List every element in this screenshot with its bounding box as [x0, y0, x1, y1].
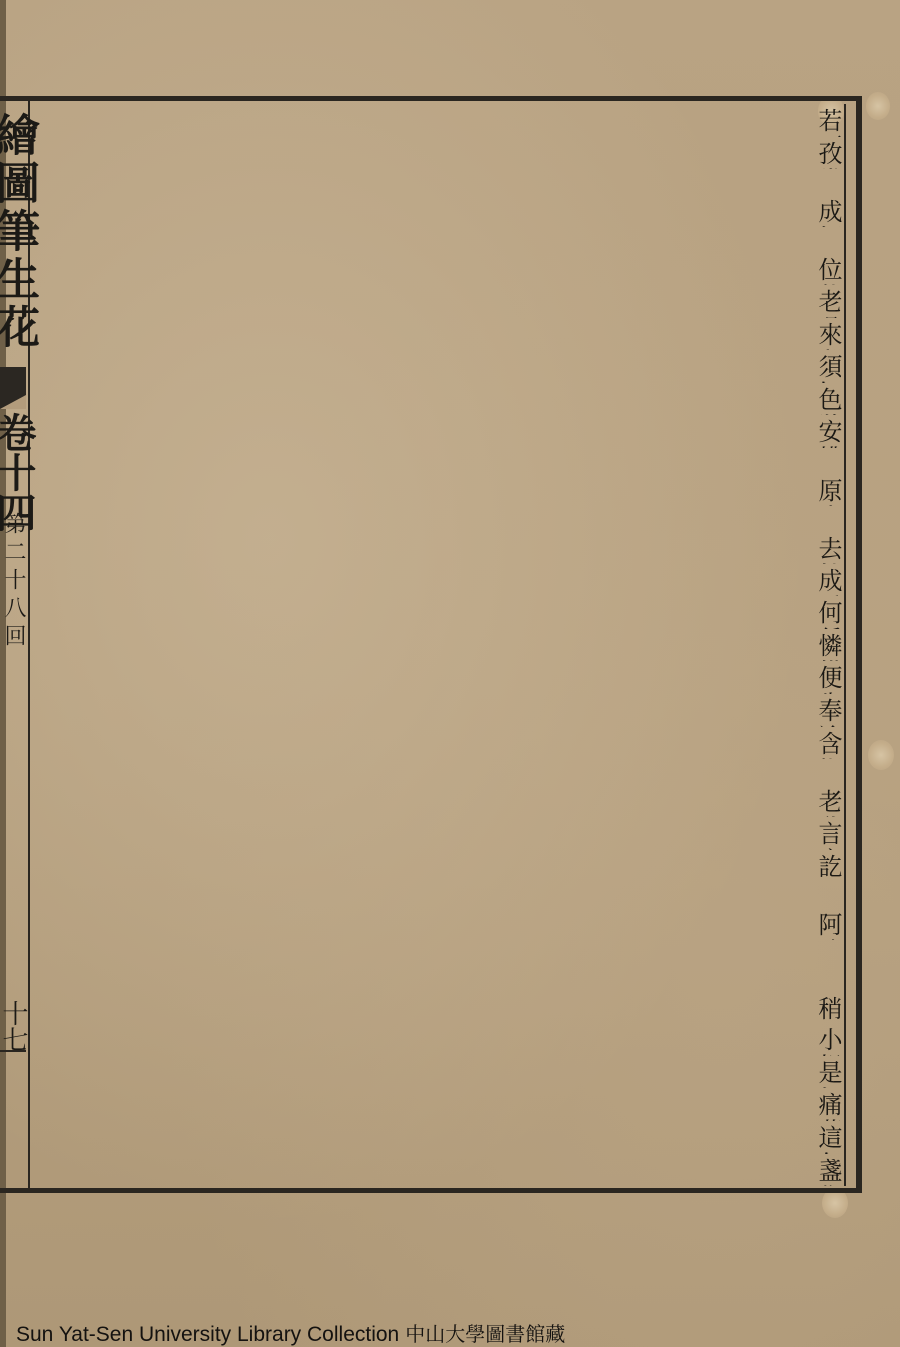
text-column: 何恁惡疾一盞湯兒煎未好家中死絶少人臨教誰端取前來用老爺你餓壞須防病更增一壁言時推…	[813, 596, 842, 629]
page-border-inner-line	[844, 104, 846, 1186]
text-column: 來翻怨我早難道奴該釘在此中堂伴君病體同君坐可能教等你亡時共你亡成氏方纔言到此刁婆…	[813, 318, 842, 351]
paper-damage-spot	[866, 92, 890, 120]
text-column: 訖回身退去坐中堂屏聲斂息聽呼喚默默無言對粉牆坐下為時方片刻忽聽那公公身唤在牙床	[813, 850, 842, 883]
fish-tail-notch	[0, 395, 26, 409]
caption-chinese: 中山大學圖書館藏	[405, 1322, 565, 1346]
text-column: 便生嗔責其嬌懶無知甚不體公公病染身直到此時方出外一些婦德不知聞枉稱詩禮人家女有負…	[813, 661, 842, 694]
text-column: 盞你携前可曾放甚東西否汝倒是趁早分明向我言解毒方兒吾亦曉或能夠今朝救取命生全莫教…	[813, 1154, 842, 1186]
text-column: 是如何好戰兢兢亂叫姨娘你快覷未識大人何症候須火速遣人請個好醫官妖嬈裝作驚惶狀只急…	[813, 1056, 842, 1089]
text-column: 言完便教女紅粧快取湯來與彼嘗我一時腹痛十分難忍耐你在此好生伺候慢歸房九華答應移蓮…	[813, 817, 842, 850]
text-column: 原來吳公每早先用一盞冰燕湯方食他物成氏遂下毒于那湯內低頭看處却見有些紅色暗道這却…	[813, 448, 842, 506]
text-column: 小姐聞時不暫延入房來忙尋痧藥獻翁前吳公舉手方思接忽叫聲不好登時變了顏倒在床中身亂…	[813, 1023, 842, 1056]
text-column: 稍止否	[813, 940, 842, 1023]
text-column: 位休得太好勤勞反失了自家所司職分我這病體中堂上怎使無人承應	[813, 227, 842, 285]
text-column: 阿唷好奇怪如何我這腹內也忽地絞痛起來莫是目今外邊有這時行症候麼媳婦快來將那一瓶痧…	[813, 882, 842, 940]
text-column: 老爺不要說了教少奶奶去將那湯取來你吃便了休恁肝火旺只亂發作人我這腹痛就是昨日受了…	[813, 759, 842, 817]
text-column: 含糊話不清小姐低頭憑責備更無抵對一言論妖嬈為有私心事便爾溫言勸一聲	[813, 727, 842, 760]
text-column: 若要行時趁早拖待等事情妥妥了。也好教大家歡樂過些時。強如作此私相與時刻裏生怕人聞…	[813, 104, 842, 137]
text-column: 色將言解勸叫姨娘妖嬈觸動衷懷事也便就頓口無言把氣降掉轉風頭陪笑臉自與那吳公閒話敘…	[813, 383, 842, 416]
text-column: 須知要散場又何消鬥口與之尋氣惱何不應人疑挾怨起無良一霎時遂教謀殺親夫主恁道理何故…	[813, 350, 842, 383]
text-column: 成氏安排毒以成自己却不將取獻主人吞仍行燉在風爐上蓋碗盛之隔水蒸假自呼呼推腹痛依然…	[813, 564, 842, 597]
text-column: 孜當時那狂奴遂同街坊去。暗購砒霜樂老痴。成氏刁婆同入內吳公見了吐言詞。	[813, 137, 842, 170]
chapter-label: 第二十八回	[2, 512, 24, 652]
book-title: 繪圖筆生花	[0, 112, 26, 352]
page-number: 十七	[0, 1000, 26, 1052]
text-column: 痛莫非是誰人心毒使刁鑽暗將甚物藏湯碗因此上吃得心疼意亂閒便問老爺明白否須快說好教…	[813, 1088, 842, 1121]
paper-damage-spot	[868, 740, 894, 770]
text-column: 這句言語把首顛便道果然奇得緊好好的忽然腹痛似刀攢莫非湯內藏何毒致害我這卻真教反了…	[813, 1121, 842, 1154]
text-column: 安排早主張是晚無辭休細說那惡婦來朝早起用心腸	[813, 415, 842, 448]
text-column: 憐惜忙說是你自安眠歇片辰少刻豈無人到此我身自會哄他們妖嬈聽說依然卧果不道到了時乖…	[813, 629, 842, 662]
margin-rule	[0, 1050, 26, 1052]
text-column: 成姬汝半日何方去來撇我一人獨自坐此不得動彈要茶要水叫不着半个人影下回可不許出去家…	[813, 169, 842, 227]
collection-caption: Sun Yat-Sen University Library Collectio…	[16, 1318, 565, 1347]
caption-english: Sun Yat-Sen University Library Collectio…	[16, 1323, 399, 1346]
text-column: 去拈了撮紅糖攪勻在內對老吳道我昨日忘記冰糖没了不曾買得就少放些紅糖老爺將就用一日…	[813, 506, 842, 564]
text-column: 老吳淡話怨偏房氣得個成氏登時變了龐紅漲一張橫肉臉連聲冷笑道荒唐終不成你家没有兒和…	[813, 285, 842, 318]
text-column: 奉迨日後亡時那望祭亡靈可憐一早清清餓半口湯兒難到唇平日間只怨公公偏寵妾不知道自家…	[813, 694, 842, 727]
text-body: 若要行時趁早拖待等事情妥妥了。也好教大家歡樂過些時。強如作此私相與時刻裏生怕人聞…	[30, 104, 842, 1186]
